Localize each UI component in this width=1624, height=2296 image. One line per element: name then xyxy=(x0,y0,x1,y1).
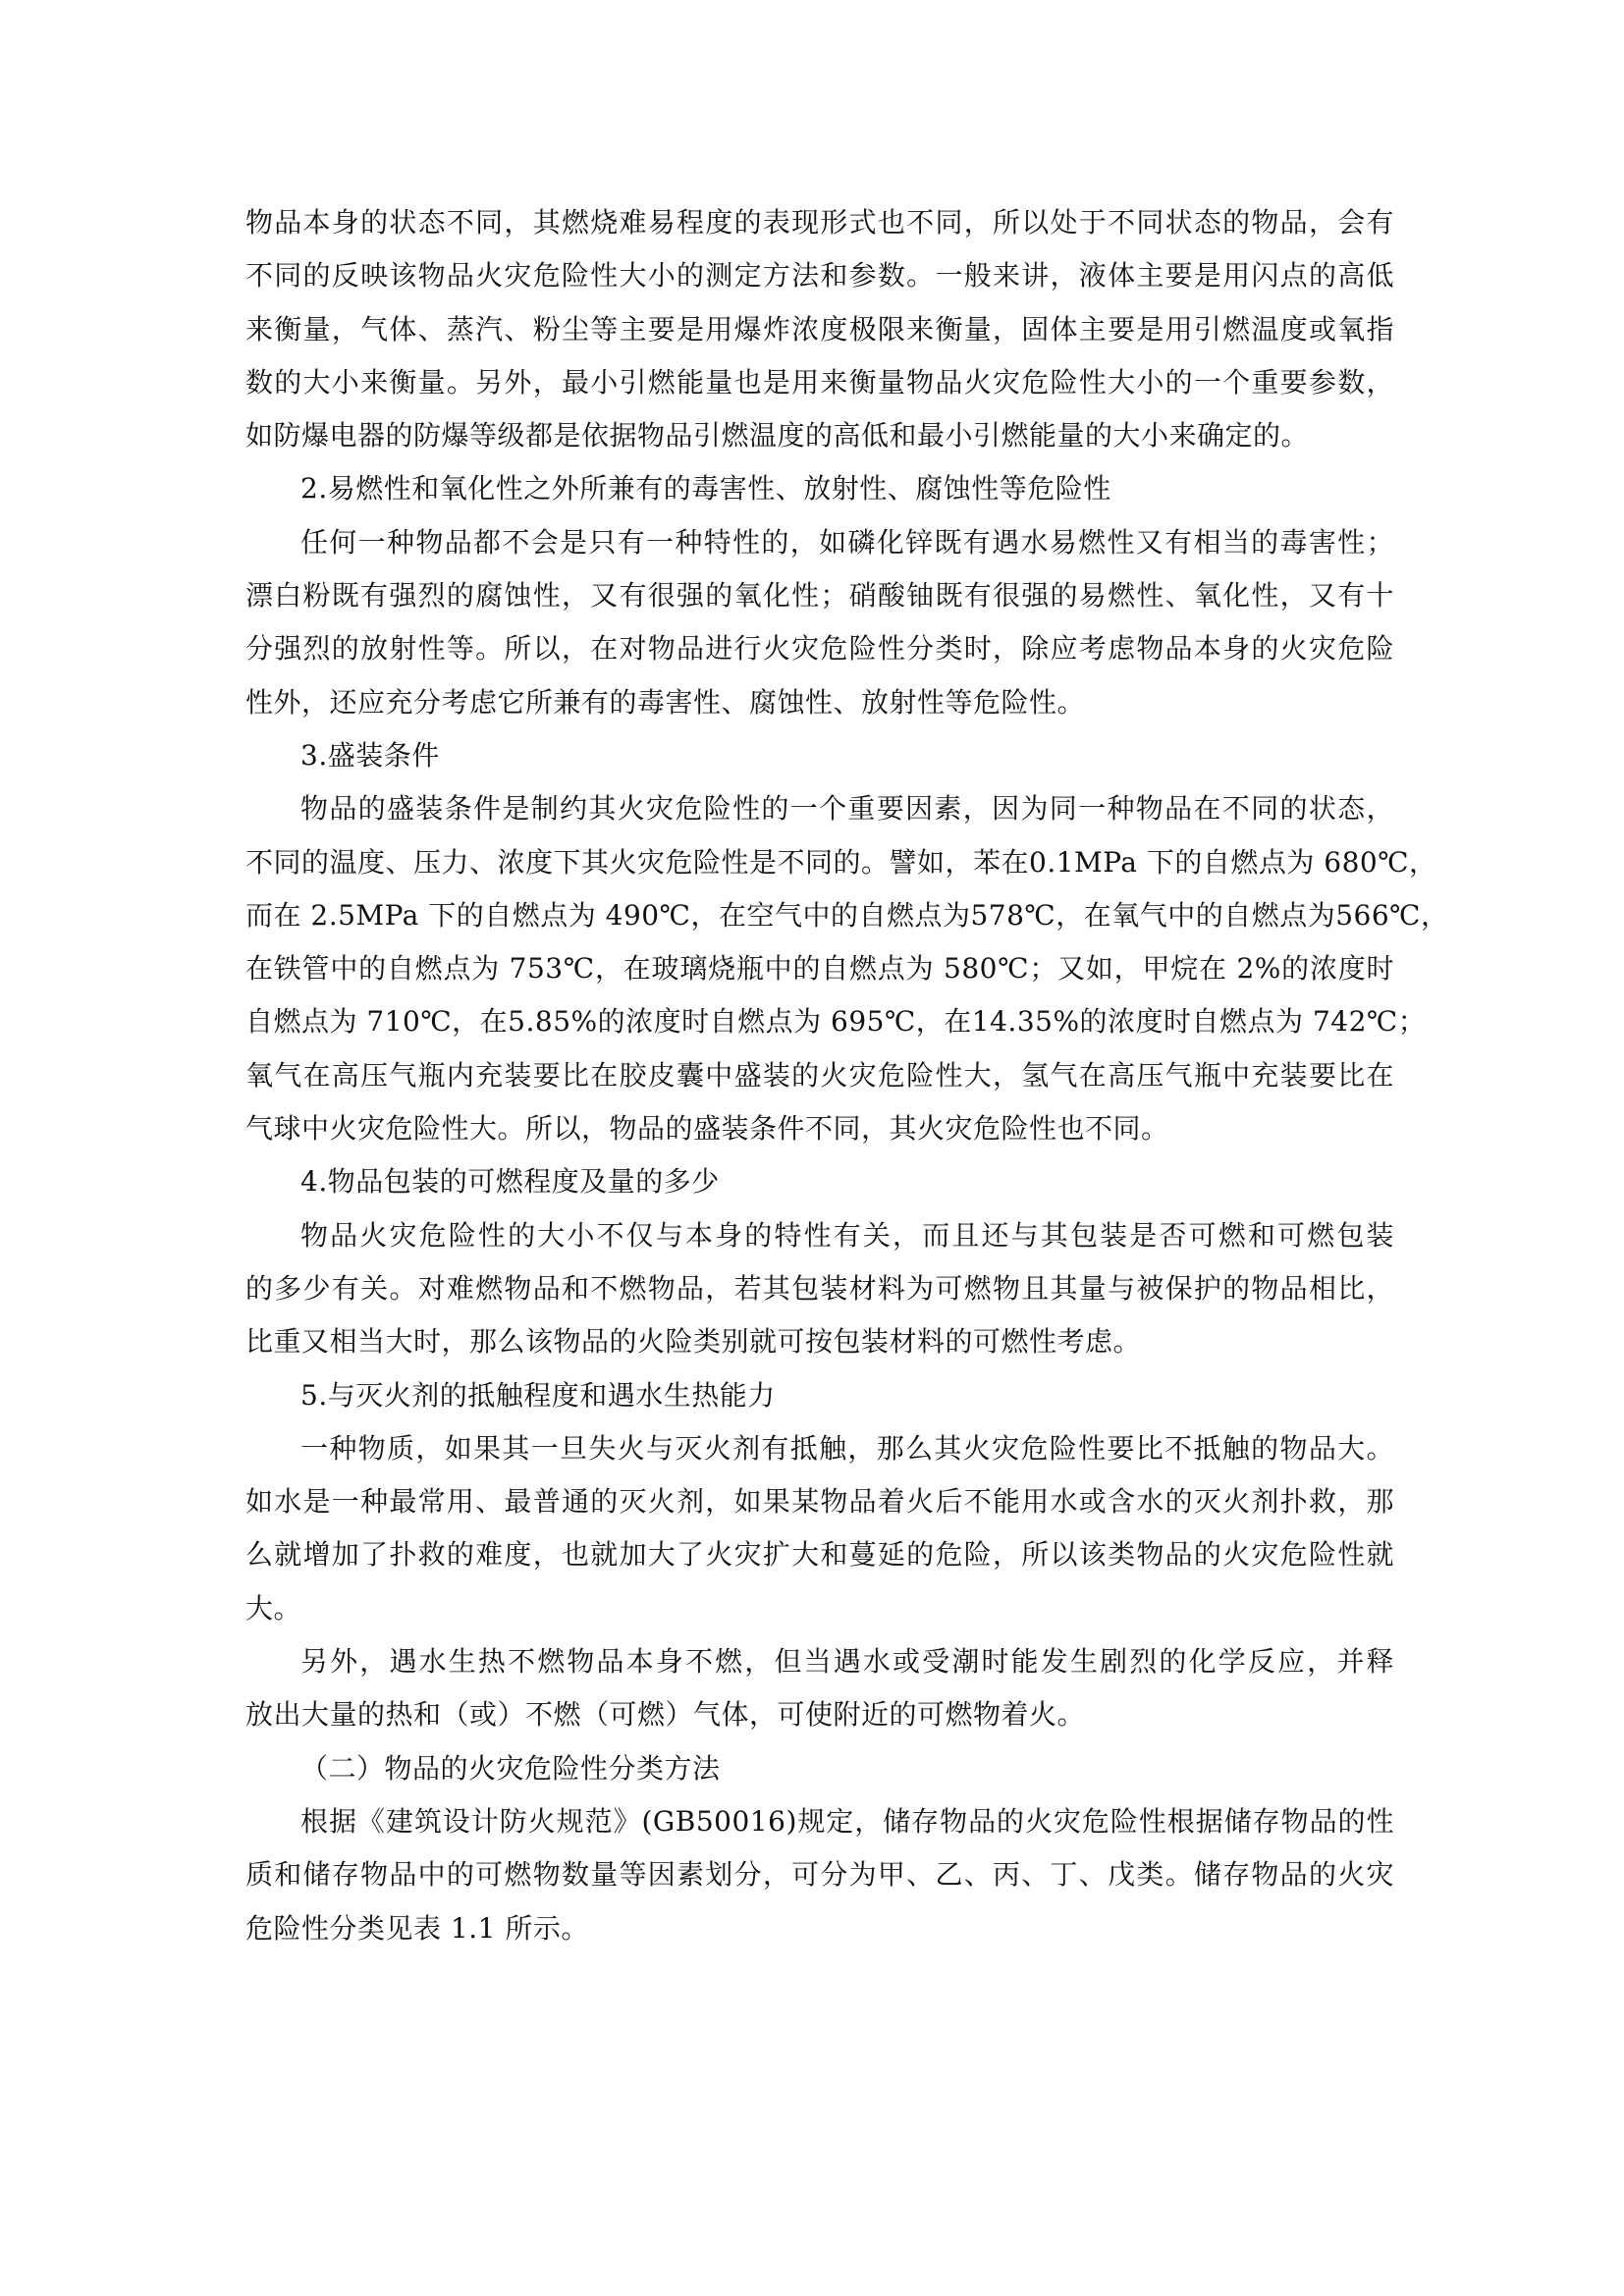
section-heading-3: 3.盛装条件 xyxy=(245,729,1394,782)
text-line: 比重又相当大时，那么该物品的火险类别就可按包装材料的可燃性考虑。 xyxy=(245,1315,1394,1368)
section-heading-2: 2.易燃性和氧化性之外所兼有的毒害性、放射性、腐蚀性等危险性 xyxy=(245,462,1394,515)
text-line: 物品的盛装条件是制约其火灾危险性的一个重要因素，因为同一种物品在不同的状态， xyxy=(245,782,1394,835)
text-line: 物品火灾危险性的大小不仅与本身的特性有关，而且还与其包装是否可燃和可燃包装 xyxy=(245,1209,1394,1262)
text-line: 任何一种物品都不会是只有一种特性的，如磷化锌既有遇水易燃性又有相当的毒害性； xyxy=(245,516,1394,569)
text-line: 另外，遇水生热不燃物品本身不燃，但当遇水或受潮时能发生剧烈的化学反应，并释 xyxy=(245,1635,1394,1688)
text-line: 的多少有关。对难燃物品和不燃物品，若其包装材料为可燃物且其量与被保护的物品相比， xyxy=(245,1262,1394,1315)
text-line: 自燃点为 710℃，在5.85%的浓度时自燃点为 695℃，在14.35%的浓度… xyxy=(245,995,1394,1048)
section-heading-4: 4.物品包装的可燃程度及量的多少 xyxy=(245,1155,1394,1208)
text-line: 危险性分类见表 1.1 所示。 xyxy=(245,1902,1394,1955)
text-line: 性外，还应充分考虑它所兼有的毒害性、腐蚀性、放射性等危险性。 xyxy=(245,676,1394,729)
text-line: 在铁管中的自燃点为 753℃，在玻璃烧瓶中的自燃点为 580℃；又如，甲烷在 2… xyxy=(245,942,1394,995)
paragraph-gb50016: 根据《建筑设计防火规范》(GB50016)规定，储存物品的火灾危险性根据储存物品… xyxy=(245,1795,1394,1955)
text-line: 气球中火灾危险性大。所以，物品的盛装条件不同，其火灾危险性也不同。 xyxy=(245,1102,1394,1155)
paragraph-states-and-measurement: 物品本身的状态不同，其燃烧难易程度的表现形式也不同，所以处于不同状态的物品，会有… xyxy=(245,196,1394,462)
text-line: 不同的反映该物品火灾危险性大小的测定方法和参数。一般来讲，液体主要是用闪点的高低 xyxy=(245,249,1394,302)
text-line: 质和储存物品中的可燃物数量等因素划分，可分为甲、乙、丙、丁、戊类。储存物品的火灾 xyxy=(245,1848,1394,1901)
text-line: 物品本身的状态不同，其燃烧难易程度的表现形式也不同，所以处于不同状态的物品，会有 xyxy=(245,196,1394,249)
text-line: 数的大小来衡量。另外，最小引燃能量也是用来衡量物品火灾危险性大小的一个重要参数， xyxy=(245,356,1394,409)
text-line: 来衡量，气体、蒸汽、粉尘等主要是用爆炸浓度极限来衡量，固体主要是用引燃温度或氧指 xyxy=(245,303,1394,356)
text-line: 根据《建筑设计防火规范》(GB50016)规定，储存物品的火灾危险性根据储存物品… xyxy=(245,1795,1394,1848)
paragraph-water-reactive: 另外，遇水生热不燃物品本身不燃，但当遇水或受潮时能发生剧烈的化学反应，并释 放出… xyxy=(245,1635,1394,1742)
text-line: 分强烈的放射性等。所以，在对物品进行火灾危险性分类时，除应考虑物品本身的火灾危险 xyxy=(245,622,1394,675)
document-page: 物品本身的状态不同，其燃烧难易程度的表现形式也不同，所以处于不同状态的物品，会有… xyxy=(245,196,1394,1955)
text-line: 如水是一种最常用、最普通的灭火剂，如果某物品着火后不能用水或含水的灭火剂扑救，那 xyxy=(245,1475,1394,1528)
text-line: 如防爆电器的防爆等级都是依据物品引燃温度的高低和最小引燃能量的大小来确定的。 xyxy=(245,409,1394,462)
heading-text: 2.易燃性和氧化性之外所兼有的毒害性、放射性、腐蚀性等危险性 xyxy=(245,462,1394,515)
text-line: 而在 2.5MPa 下的自燃点为 490℃，在空气中的自燃点为578℃，在氧气中… xyxy=(245,889,1394,942)
heading-text: 5.与灭火剂的抵触程度和遇水生热能力 xyxy=(245,1369,1394,1422)
text-line: 漂白粉既有强烈的腐蚀性，又有很强的氧化性；硝酸铀既有很强的易燃性、氧化性，又有十 xyxy=(245,569,1394,622)
paragraph-packaging: 物品火灾危险性的大小不仅与本身的特性有关，而且还与其包装是否可燃和可燃包装 的多… xyxy=(245,1209,1394,1369)
section-heading-classification-method: （二）物品的火灾危险性分类方法 xyxy=(245,1742,1394,1795)
text-line: 放出大量的热和（或）不燃（可燃）气体，可使附近的可燃物着火。 xyxy=(245,1688,1394,1741)
text-line: 大。 xyxy=(245,1582,1394,1635)
text-line: 么就增加了扑救的难度，也就加大了火灾扩大和蔓延的危险，所以该类物品的火灾危险性就 xyxy=(245,1528,1394,1581)
heading-text: 4.物品包装的可燃程度及量的多少 xyxy=(245,1155,1394,1208)
text-line: 不同的温度、压力、浓度下其火灾危险性是不同的。譬如，苯在0.1MPa 下的自燃点… xyxy=(245,836,1394,889)
heading-text: 3.盛装条件 xyxy=(245,729,1394,782)
heading-text: （二）物品的火灾危险性分类方法 xyxy=(245,1742,1394,1795)
section-heading-5: 5.与灭火剂的抵触程度和遇水生热能力 xyxy=(245,1369,1394,1422)
paragraph-container-conditions: 物品的盛装条件是制约其火灾危险性的一个重要因素，因为同一种物品在不同的状态， 不… xyxy=(245,782,1394,1155)
text-line: 氧气在高压气瓶内充装要比在胶皮囊中盛装的火灾危险性大，氢气在高压气瓶中充装要比在 xyxy=(245,1049,1394,1102)
paragraph-multiple-hazards: 任何一种物品都不会是只有一种特性的，如磷化锌既有遇水易燃性又有相当的毒害性； 漂… xyxy=(245,516,1394,729)
text-line: 一种物质，如果其一旦失火与灭火剂有抵触，那么其火灾危险性要比不抵触的物品大。 xyxy=(245,1422,1394,1475)
paragraph-extinguishing-agent: 一种物质，如果其一旦失火与灭火剂有抵触，那么其火灾危险性要比不抵触的物品大。 如… xyxy=(245,1422,1394,1635)
